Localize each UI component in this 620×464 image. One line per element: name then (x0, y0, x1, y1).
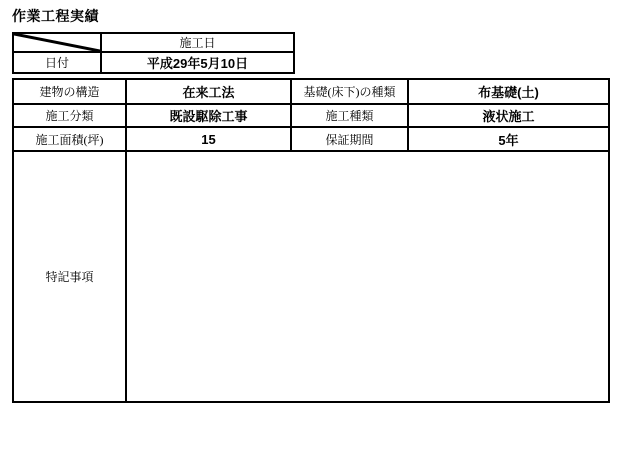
diagonal-header-cell (13, 33, 101, 52)
construction-category-value: 既設駆除工事 (126, 104, 291, 127)
special-notes-value (126, 151, 609, 402)
construction-kind-value: 液状施工 (408, 104, 609, 127)
building-structure-label: 建物の構造 (13, 79, 126, 104)
construction-kind-label: 施工種類 (291, 104, 408, 127)
diagonal-line-icon (14, 34, 100, 51)
construction-info-table: 建物の構造 在来工法 基礎(床下)の種類 布基礎(土) 施工分類 既設駆除工事 … (12, 78, 610, 403)
special-notes-label: 特記事項 (13, 151, 126, 402)
construction-area-label: 施工面積(坪) (13, 127, 126, 151)
table-row: 特記事項 (13, 151, 609, 402)
building-structure-value: 在来工法 (126, 79, 291, 104)
warranty-period-value: 5年 (408, 127, 609, 151)
date-row-label: 日付 (13, 52, 101, 73)
foundation-type-label: 基礎(床下)の種類 (291, 79, 408, 104)
foundation-type-value: 布基礎(土) (408, 79, 609, 104)
construction-category-label: 施工分類 (13, 104, 126, 127)
construction-date-table: 施工日 日付 平成29年5月10日 (12, 32, 295, 74)
warranty-period-label: 保証期間 (291, 127, 408, 151)
date-value: 平成29年5月10日 (101, 52, 294, 73)
table-row: 建物の構造 在来工法 基礎(床下)の種類 布基礎(土) (13, 79, 609, 104)
construction-area-value: 15 (126, 127, 291, 151)
construction-date-header: 施工日 (101, 33, 294, 52)
page-title: 作業工程実績 (12, 8, 99, 24)
table-row: 施工面積(坪) 15 保証期間 5年 (13, 127, 609, 151)
table-row: 施工分類 既設駆除工事 施工種類 液状施工 (13, 104, 609, 127)
